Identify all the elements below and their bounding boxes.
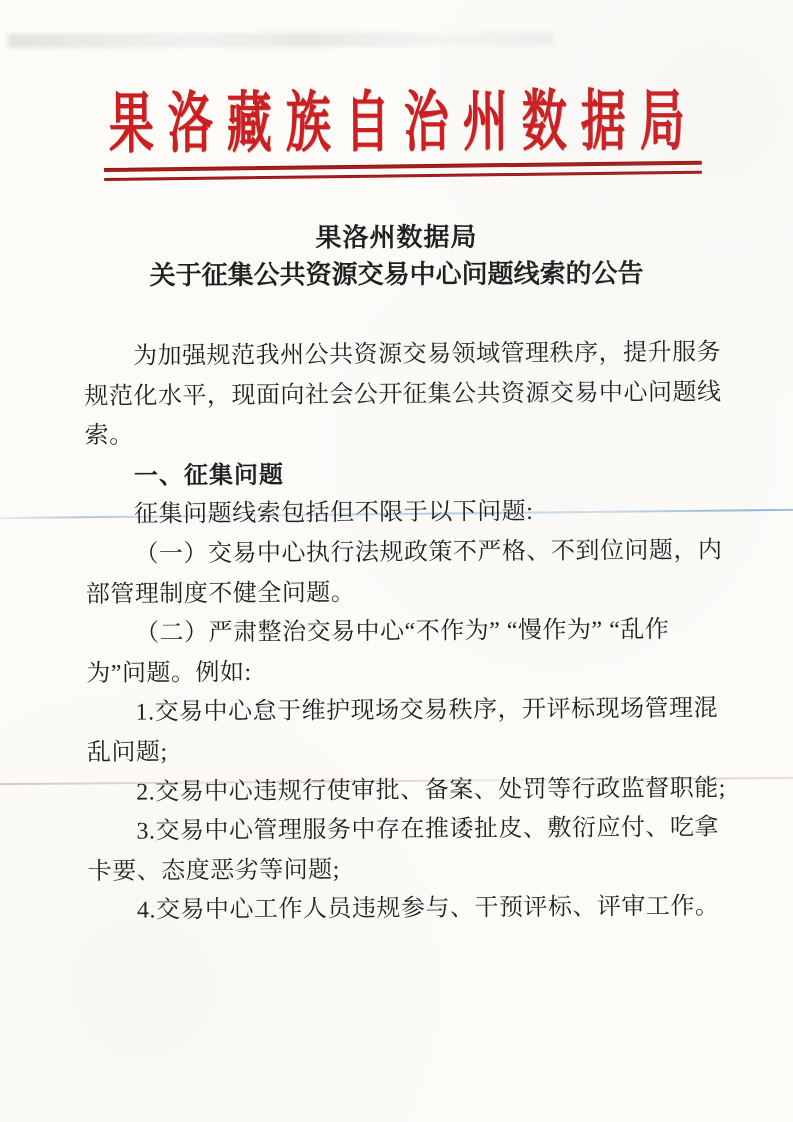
scanned-document-page: 果洛藏族自治州数据局 果洛州数据局 关于征集公共资源交易中心问题线索的公告 为加… [0,0,793,1122]
agency-letterhead: 果洛藏族自治州数据局 [0,66,793,166]
body-line: 征集问题线索包括但不限于以下问题: [85,492,725,536]
section-heading: 一、征集问题 [85,452,725,496]
body-line: 1.交易中心怠于维护现场交易秩序，开评标现场管理混 [86,690,726,734]
body-line: 为加强规范我州公共资源交易领域管理秩序，提升服务 [84,334,724,378]
body-line: 4.交易中心工作人员违规参与、干预评标、评审工作。 [88,888,728,932]
document-body: 为加强规范我州公共资源交易领域管理秩序，提升服务规范化水平，现面向社会公开征集公… [84,334,728,932]
document-title-line2: 关于征集公共资源交易中心问题线索的公告 [0,254,793,294]
document-title: 果洛州数据局 关于征集公共资源交易中心问题线索的公告 [0,218,793,294]
body-line: 为”问题。例如: [86,650,726,694]
document-title-line1: 果洛州数据局 [0,218,793,257]
body-line: 规范化水平，现面向社会公开征集公共资源交易中心问题线 [84,373,724,417]
body-line: 索。 [85,413,725,457]
body-line: 卡要、态度恶劣等问题; [88,848,728,892]
scan-smudge-artifact [8,32,553,48]
body-line: 乱问题; [87,729,727,773]
body-line: 2.交易中心违规行使审批、备案、处罚等行政监督职能; [87,769,727,813]
body-line: （二）严肃整治交易中心“不作为” “慢作为” “乱作 [86,611,726,655]
body-line: （一）交易中心执行法规政策不严格、不到位问题，内 [85,531,725,575]
rule-line-bottom [104,170,702,181]
body-line: 3.交易中心管理服务中存在推诿扯皮、敷衍应付、吃拿 [87,809,727,853]
body-line: 部管理制度不健全问题。 [86,571,726,615]
